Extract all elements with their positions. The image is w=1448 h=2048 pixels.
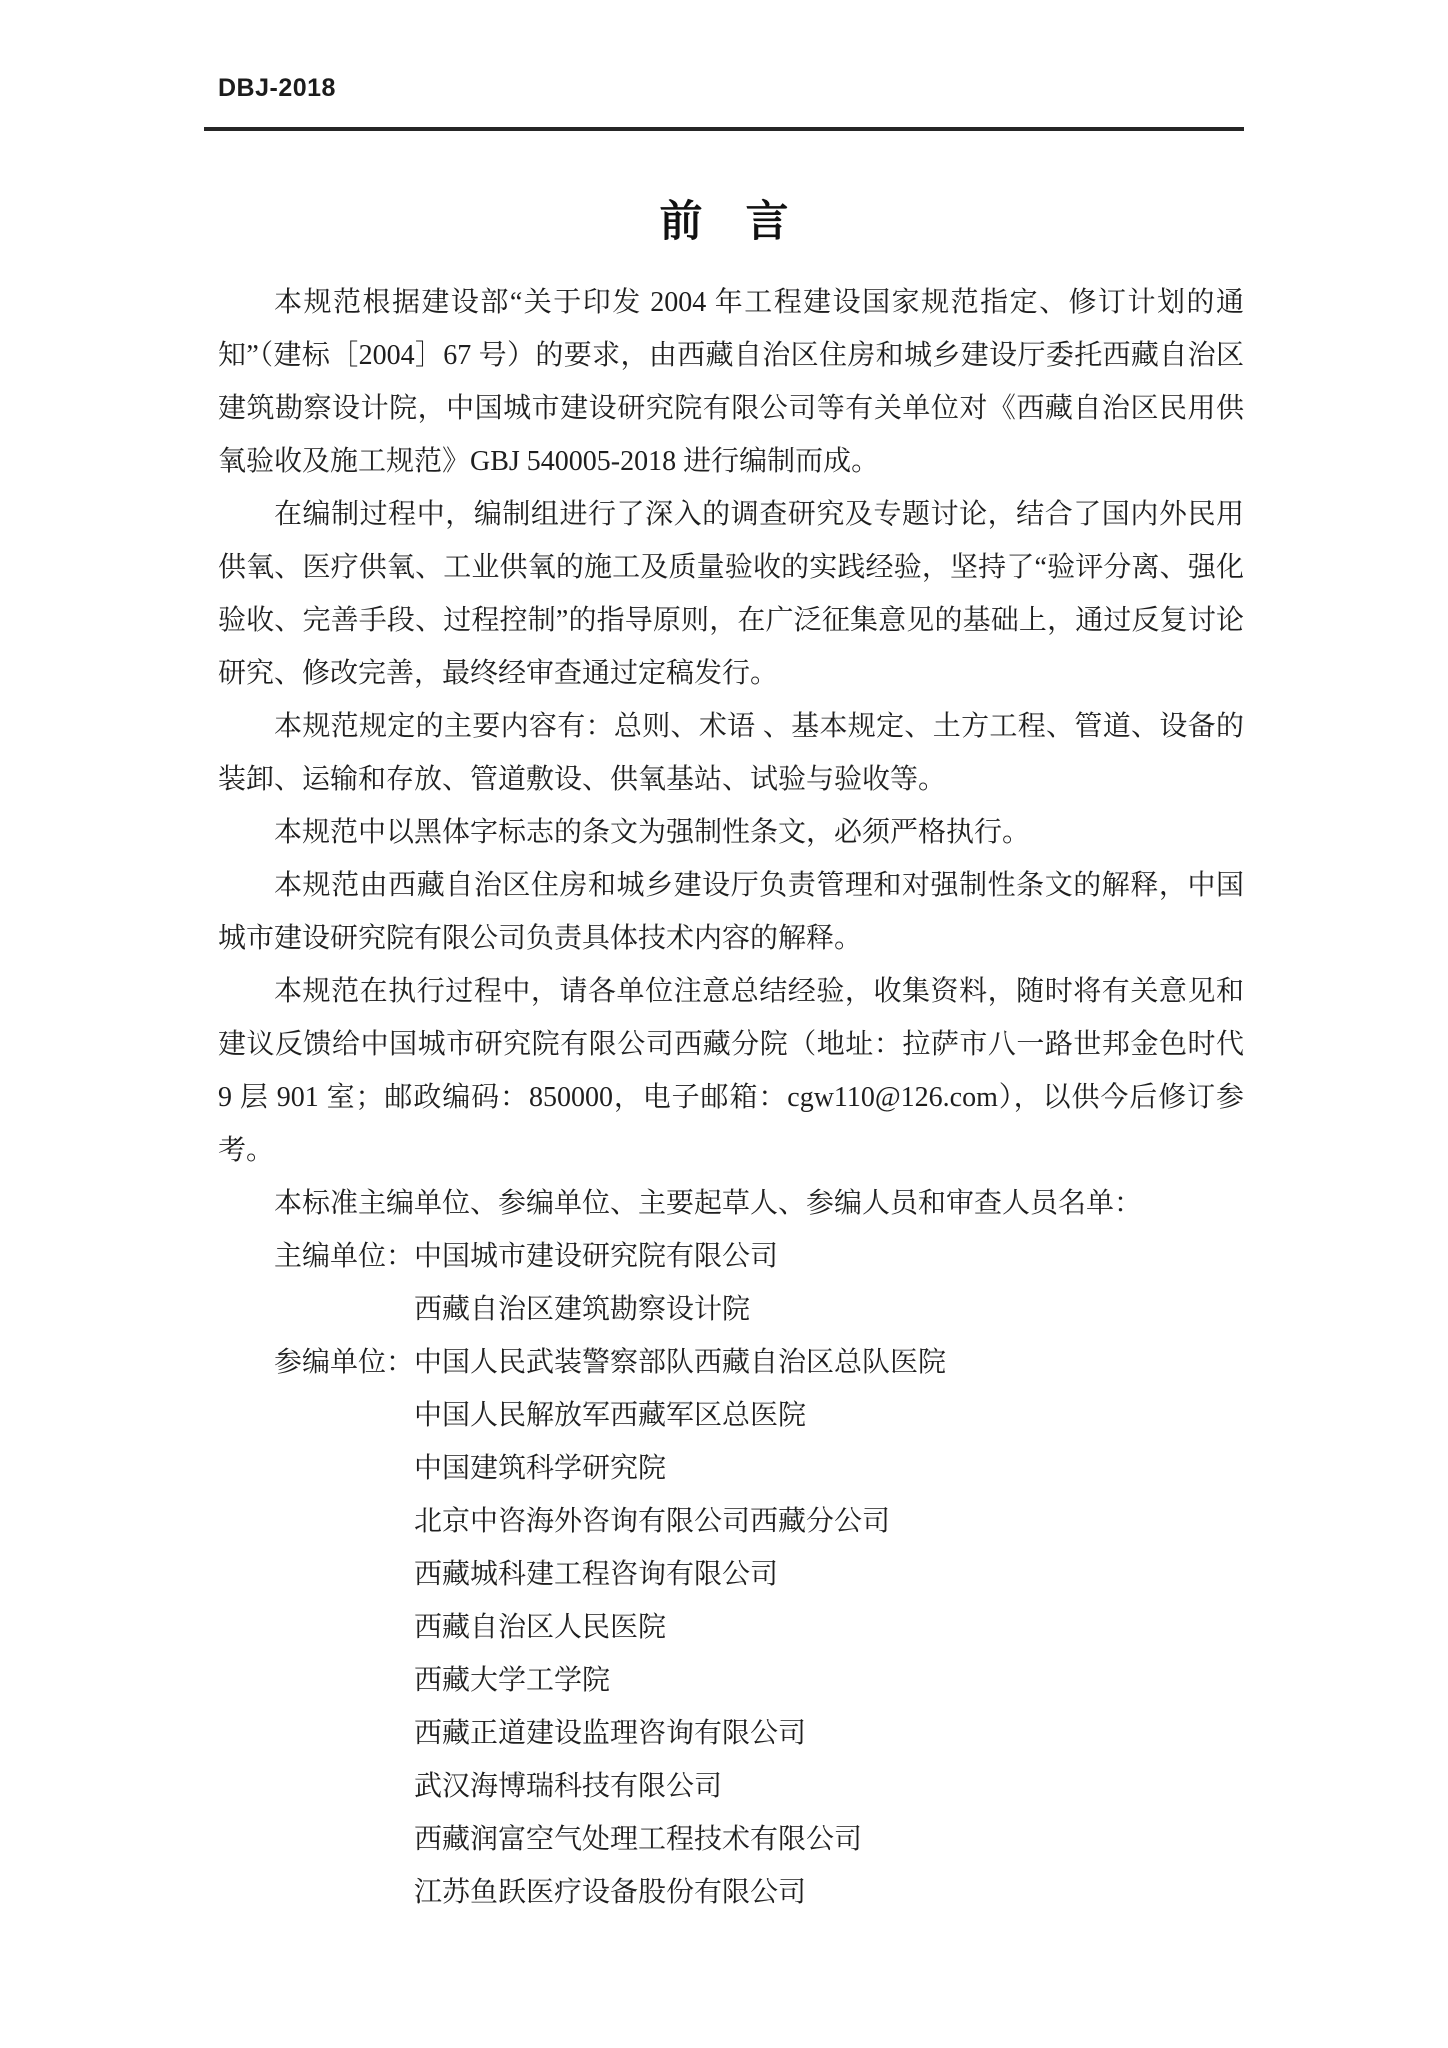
unit-name: 北京中咨海外咨询有限公司西藏分公司	[414, 1495, 1244, 1548]
unit-name: 中国人民解放军西藏军区总医院	[414, 1389, 1244, 1442]
doc-code: DBJ-2018	[218, 74, 336, 103]
unit-name: 武汉海博瑞科技有限公司	[414, 1760, 1244, 1813]
unit-name: 中国建筑科学研究院	[414, 1442, 1244, 1495]
page-title: 前 言	[211, 188, 1237, 249]
participating-units-list: 中国人民武装警察部队西藏自治区总队医院 中国人民解放军西藏军区总医院 中国建筑科…	[414, 1336, 1244, 1919]
participating-units-label: 参编单位：	[274, 1336, 414, 1919]
header-rule	[204, 127, 1244, 131]
chief-editor-units: 主编单位： 中国城市建设研究院有限公司 西藏自治区建筑勘察设计院	[218, 1230, 1244, 1336]
unit-name: 中国城市建设研究院有限公司	[414, 1230, 1244, 1283]
unit-name: 西藏润富空气处理工程技术有限公司	[414, 1813, 1244, 1866]
foreword-content: 本规范根据建设部“关于印发 2004 年工程建设国家规范指定、修订计划的通知”（…	[218, 276, 1244, 1919]
unit-name: 中国人民武装警察部队西藏自治区总队医院	[414, 1336, 1244, 1389]
foreword-paragraph: 本规范中以黑体字标志的条文为强制性条文，必须严格执行。	[218, 806, 1244, 859]
chief-editor-list: 中国城市建设研究院有限公司 西藏自治区建筑勘察设计院	[414, 1230, 1244, 1336]
unit-name: 江苏鱼跃医疗设备股份有限公司	[414, 1866, 1244, 1919]
unit-name: 西藏城科建工程咨询有限公司	[414, 1548, 1244, 1601]
chief-editor-label: 主编单位：	[274, 1230, 414, 1336]
unit-name: 西藏大学工学院	[414, 1654, 1244, 1707]
foreword-paragraph: 本标准主编单位、参编单位、主要起草人、参编人员和审查人员名单：	[218, 1177, 1244, 1230]
unit-name: 西藏自治区建筑勘察设计院	[414, 1283, 1244, 1336]
participating-units: 参编单位： 中国人民武装警察部队西藏自治区总队医院 中国人民解放军西藏军区总医院…	[218, 1336, 1244, 1919]
document-page: DBJ-2018 前 言 本规范根据建设部“关于印发 2004 年工程建设国家规…	[0, 0, 1448, 2048]
unit-name: 西藏自治区人民医院	[414, 1601, 1244, 1654]
foreword-paragraph: 本规范规定的主要内容有：总则、术语 、基本规定、土方工程、管道、设备的装卸、运输…	[218, 700, 1244, 806]
foreword-paragraph: 本规范根据建设部“关于印发 2004 年工程建设国家规范指定、修订计划的通知”（…	[218, 276, 1244, 488]
foreword-paragraph: 在编制过程中，编制组进行了深入的调查研究及专题讨论，结合了国内外民用供氧、医疗供…	[218, 488, 1244, 700]
foreword-paragraph: 本规范在执行过程中，请各单位注意总结经验，收集资料，随时将有关意见和建议反馈给中…	[218, 965, 1244, 1177]
unit-name: 西藏正道建设监理咨询有限公司	[414, 1707, 1244, 1760]
foreword-paragraph: 本规范由西藏自治区住房和城乡建设厅负责管理和对强制性条文的解释，中国城市建设研究…	[218, 859, 1244, 965]
